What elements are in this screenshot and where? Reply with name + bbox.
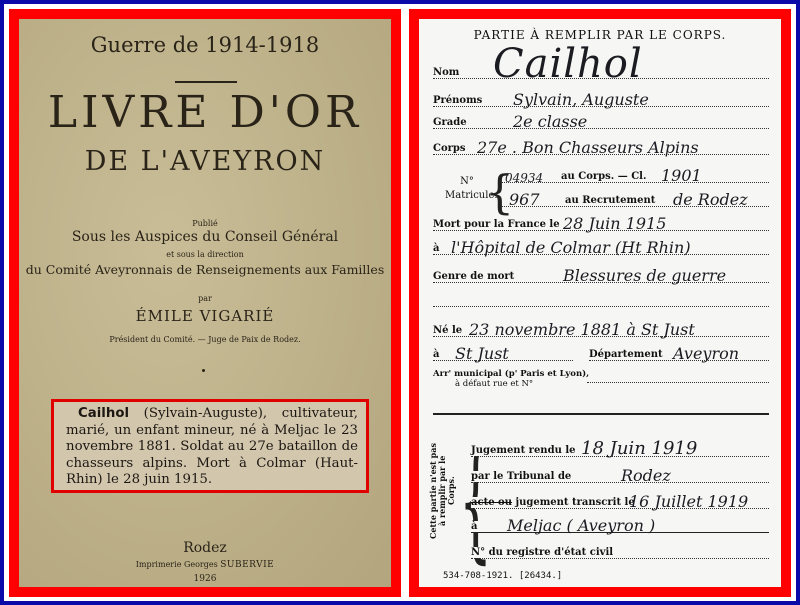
publie-text: Publié — [19, 219, 391, 228]
field-prenoms: Prénoms Sylvain, Auguste — [433, 93, 769, 109]
label-departement: Département — [589, 349, 665, 360]
field-matricule-corps: 04934 au Corps. — Cl. 1901 — [501, 169, 769, 185]
value-matricule-corps: 04934 — [505, 171, 543, 185]
field-registre: N° du registre d'état civil — [471, 545, 769, 561]
label-arrondissement: Arr' municipal (p' Paris et Lyon), à déf… — [433, 369, 589, 389]
label-matricule: N° Matricule. — [445, 175, 489, 203]
label-nom: Nom — [433, 67, 461, 78]
ornament-dot — [202, 369, 205, 372]
record-form: PARTIE À REMPLIR PAR LE CORPS. Nom Cailh… — [419, 19, 781, 587]
publication-year: 1926 — [19, 574, 391, 584]
field-mort-pour-la-france: Mort pour la France le 28 Juin 1915 — [433, 217, 769, 233]
label-ne-le: Né le — [433, 325, 464, 336]
label-genre-de-mort: Genre de mort — [433, 271, 516, 282]
label-mort-lieu: à — [433, 243, 441, 254]
field-departement: Département Aveyron — [589, 347, 769, 363]
author-name: ÉMILE VIGARIÉ — [19, 307, 391, 325]
field-mort-lieu: à l'Hôpital de Colmar (Ht Rhin) — [433, 241, 769, 257]
label-au-corps: au Corps. — Cl. — [559, 171, 648, 182]
value-departement: Aveyron — [673, 344, 739, 363]
value-tribunal: Rodez — [621, 466, 671, 485]
value-jugement-rendu: 18 Juin 1919 — [581, 438, 697, 459]
field-nom: Nom Cailhol — [433, 65, 769, 81]
war-title: Guerre de 1914-1918 — [19, 33, 391, 57]
value-matricule-recrutement: 967 — [509, 190, 540, 209]
field-matricule-recrutement: 967 au Recrutement de Rodez — [501, 193, 769, 209]
side-note: Cette partie n'est pas à remplir par le … — [429, 441, 455, 541]
main-title: LIVRE D'OR — [19, 87, 391, 138]
label-grade: Grade — [433, 117, 469, 128]
direction-text: et sous la direction — [19, 250, 391, 259]
par-text: par — [19, 294, 391, 303]
section-separator — [433, 413, 769, 415]
value-ne-le: 23 novembre 1881 à St Just — [469, 320, 695, 339]
value-grade: 2e classe — [513, 112, 587, 131]
value-ne-a: St Just — [455, 344, 509, 363]
value-mort-date: 28 Juin 1915 — [563, 214, 666, 233]
arrondissement-label: Arr' municipal (p' Paris et Lyon), — [433, 369, 589, 379]
label-prenoms: Prénoms — [433, 95, 484, 106]
value-recrutement-place: de Rodez — [673, 190, 748, 209]
value-genre-de-mort: Blessures de guerre — [563, 266, 726, 285]
field-jugement-rendu: Jugement rendu le 18 Juin 1919 — [471, 443, 769, 459]
record-form-panel: PARTIE À REMPLIR PAR LE CORPS. Nom Cailh… — [409, 9, 791, 597]
printer: Imprimerie Georges SUBERVIE — [19, 560, 391, 570]
label-mort: Mort pour la France le — [433, 219, 562, 230]
entry-name: Cailhol — [78, 406, 129, 421]
value-transcrit: 16 Juillet 1919 — [629, 492, 748, 511]
value-classe: 1901 — [661, 166, 702, 185]
sub-title: DE L'AVEYRON — [19, 146, 391, 177]
field-grade: Grade 2e classe — [433, 115, 769, 131]
publication-city: Rodez — [19, 540, 391, 556]
field-ne-le: Né le 23 novembre 1881 à St Just — [433, 323, 769, 339]
arrondissement-sublabel: à défaut rue et N° — [433, 379, 589, 389]
book-cover-panel: Guerre de 1914-1918 LIVRE D'OR DE L'AVEY… — [9, 9, 401, 597]
value-mort-lieu: l'Hôpital de Colmar (Ht Rhin) — [451, 238, 691, 257]
label-corps: Corps — [433, 143, 468, 154]
value-prenoms: Sylvain, Auguste — [513, 90, 649, 109]
transcrit-label: jugement transcrit le — [512, 497, 635, 508]
value-corps: 27e . Bon Chasseurs Alpins — [477, 138, 699, 157]
form-header: PARTIE À REMPLIR PAR LE CORPS. — [419, 28, 781, 42]
author-role: Président du Comité. — Juge de Paix de R… — [19, 335, 391, 344]
comite-text: du Comité Aveyronnais de Renseignements … — [19, 262, 391, 277]
label-transcrit-lieu: à — [471, 521, 479, 532]
label-ne-a: à — [433, 349, 441, 360]
title-rule — [175, 81, 237, 83]
field-arrondissement — [587, 369, 769, 385]
label-jugement-rendu: Jugement rendu le — [471, 445, 577, 456]
book-cover: Guerre de 1914-1918 LIVRE D'OR DE L'AVEY… — [19, 19, 391, 587]
tricolor-frame: Guerre de 1914-1918 LIVRE D'OR DE L'AVEY… — [0, 0, 800, 605]
label-au-recrutement: au Recrutement — [563, 195, 657, 206]
field-transcrit-lieu: à Meljac ( Aveyron ) — [471, 519, 769, 535]
field-ne-a: à St Just — [433, 347, 573, 363]
field-genre-de-mort: Genre de mort Blessures de guerre — [433, 269, 769, 285]
field-tribunal: par le Tribunal de Rodez — [471, 469, 769, 485]
label-registre: N° du registre d'état civil — [471, 547, 615, 558]
field-blank — [433, 293, 769, 309]
label-transcrit: acte ou jugement transcrit le — [471, 497, 637, 508]
label-tribunal: par le Tribunal de — [471, 471, 573, 482]
value-transcrit-lieu: Meljac ( Aveyron ) — [507, 516, 655, 535]
field-transcrit: acte ou jugement transcrit le 16 Juillet… — [471, 495, 769, 511]
highlighted-entry: Cailhol (Sylvain-Auguste), cultivateur, … — [51, 399, 369, 493]
auspices-text: Sous les Auspices du Conseil Général — [19, 229, 391, 245]
value-nom: Cailhol — [493, 41, 643, 87]
printer-prefix: Imprimerie Georges — [136, 560, 221, 569]
field-corps: Corps 27e . Bon Chasseurs Alpins — [433, 141, 769, 157]
printer-name: SUBERVIE — [220, 560, 274, 570]
form-footer-code: 534-708-1921. [26434.] — [443, 571, 562, 581]
struck-acte-ou: acte ou — [471, 497, 512, 508]
